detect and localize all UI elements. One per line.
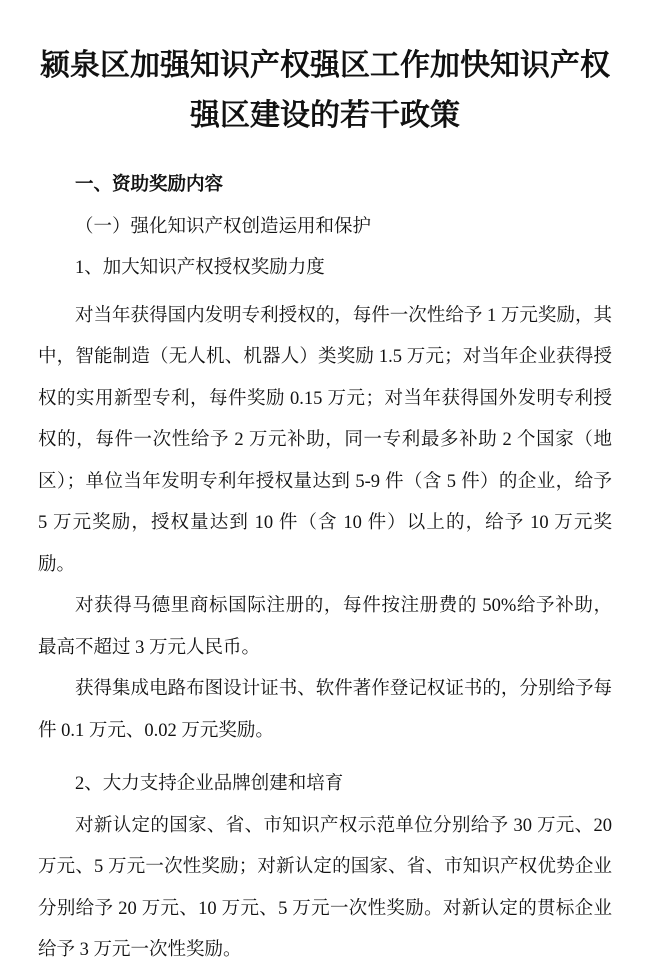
clause-heading-brand-building: 2、大力支持企业品牌创建和培育 <box>38 764 612 806</box>
paragraph-brand-building-rewards: 对新认定的国家、省、市知识产权示范单位分别给予 30 万元、20 万元、5 万元… <box>38 806 612 968</box>
document-title: 颍泉区加强知识产权强区工作加快知识产权强区建设的若干政策 <box>38 41 612 141</box>
clause-heading-patent-reward: 1、加大知识产权授权奖励力度 <box>38 248 612 290</box>
paragraph-madrid-trademark-subsidy: 对获得马德里商标国际注册的，每件按注册费的 50%给予补助，最高不超过 3 万元… <box>38 586 612 669</box>
document-page: 颍泉区加强知识产权强区工作加快知识产权强区建设的若干政策 一、资助奖励内容 （一… <box>0 0 650 968</box>
subsection-heading-ip-creation: （一）强化知识产权创造运用和保护 <box>38 207 612 249</box>
section-heading-funding-rewards: 一、资助奖励内容 <box>38 165 612 207</box>
paragraph-ic-layout-software-copyright: 获得集成电路布图设计证书、软件著作登记权证书的，分别给予每件 0.1 万元、0.… <box>38 669 612 752</box>
paragraph-patent-reward-details: 对当年获得国内发明专利授权的，每件一次性给予 1 万元奖励，其中，智能制造（无人… <box>38 296 612 587</box>
